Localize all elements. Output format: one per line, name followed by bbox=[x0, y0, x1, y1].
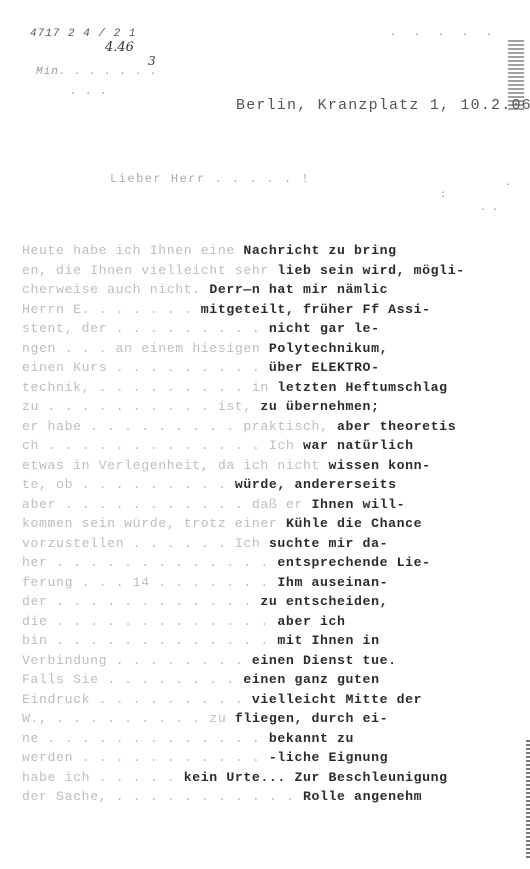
letter-line: Heute habe ich Ihnen eine Nachricht zu b… bbox=[22, 243, 522, 261]
letter-line: her . . . . . . . . . . . . . entspreche… bbox=[22, 555, 522, 573]
letter-line: zu . . . . . . . . . . ist, zu übernehme… bbox=[22, 399, 522, 417]
legible-text: einen ganz guten bbox=[243, 672, 379, 687]
legible-text: Ihm auseinan- bbox=[277, 575, 388, 590]
salutation: Lieber Herr . . . . . ! bbox=[110, 172, 310, 186]
legible-text: zu entscheiden, bbox=[260, 594, 388, 609]
letter-line: einen Kurs . . . . . . . . . über ELEKTR… bbox=[22, 360, 522, 378]
letter-line: en, die Ihnen vielleicht sehr lieb sein … bbox=[22, 263, 522, 281]
letter-line: die . . . . . . . . . . . . . aber ich bbox=[22, 614, 522, 632]
letter-line: ferung . . . 14 . . . . . . . Ihm ausein… bbox=[22, 575, 522, 593]
legible-text: Polytechnikum, bbox=[269, 341, 388, 356]
faded-text: aber . . . . . . . . . . . daß er bbox=[22, 497, 311, 512]
letter-line: stent, der . . . . . . . . . nicht gar l… bbox=[22, 321, 522, 339]
letter-line: der . . . . . . . . . . . . zu entscheid… bbox=[22, 594, 522, 612]
faded-text: te, ob . . . . . . . . . bbox=[22, 477, 235, 492]
legible-text: Derr—n hat mir nämlic bbox=[209, 282, 388, 297]
faded-text: ne . . . . . . . . . . . . . bbox=[22, 731, 269, 746]
handwritten-number: 4.46 bbox=[105, 40, 134, 55]
legible-text: wissen konn- bbox=[329, 458, 431, 473]
legible-text: Nachricht zu bring bbox=[243, 243, 396, 258]
legible-text: Rolle angenehm bbox=[303, 789, 422, 804]
dateline: Berlin, Kranzplatz 1, 10.2.06. bbox=[236, 97, 530, 114]
faded-text: kommen sein würde, trotz einer bbox=[22, 516, 286, 531]
faded-text: technik, . . . . . . . . . in bbox=[22, 380, 277, 395]
legible-text: Kühle die Chance bbox=[286, 516, 422, 531]
faded-text: Eindruck . . . . . . . . . bbox=[22, 692, 252, 707]
letter-line: bin . . . . . . . . . . . . . mit Ihnen … bbox=[22, 633, 522, 651]
faded-text: einen Kurs . . . . . . . . . bbox=[22, 360, 269, 375]
legible-text: einen Dienst tue. bbox=[252, 653, 397, 668]
legible-text: aber theoretis bbox=[337, 419, 456, 434]
faded-text: Verbindung . . . . . . . . bbox=[22, 653, 252, 668]
faded-text: cherweise auch nicht. bbox=[22, 282, 209, 297]
letter-line: te, ob . . . . . . . . . würde, anderers… bbox=[22, 477, 522, 495]
legible-text: letzten Heftumschlag bbox=[277, 380, 447, 395]
faded-text: der . . . . . . . . . . . . bbox=[22, 594, 260, 609]
faded-text: stent, der . . . . . . . . . bbox=[22, 321, 269, 336]
faded-text: her . . . . . . . . . . . . . bbox=[22, 555, 277, 570]
faded-text: W., . . . . . . . . . zu bbox=[22, 711, 235, 726]
legible-text: war natürlich bbox=[303, 438, 414, 453]
letter-line: er habe . . . . . . . . . praktisch, abe… bbox=[22, 419, 522, 437]
faded-text: werden . . . . . . . . . . . bbox=[22, 750, 269, 765]
faded-text: der Sache, . . . . . . . . . . . bbox=[22, 789, 303, 804]
letter-line: Herrn E. . . . . . . mitgeteilt, früher … bbox=[22, 302, 522, 320]
letter-line: technik, . . . . . . . . . in letzten He… bbox=[22, 380, 522, 398]
letter-page: 4717 2 4 / 2 1 4.46 3 Min. . . . . . . .… bbox=[0, 0, 530, 869]
legible-text: entsprechende Lie- bbox=[277, 555, 430, 570]
legible-text: Ihnen will- bbox=[311, 497, 405, 512]
legible-text: vielleicht Mitte der bbox=[252, 692, 422, 707]
faded-text: die . . . . . . . . . . . . . bbox=[22, 614, 277, 629]
legible-text: suchte mir da- bbox=[269, 536, 388, 551]
margin-mark: : bbox=[440, 190, 446, 201]
legible-text: lieb sein wird, mögli- bbox=[277, 263, 464, 278]
faded-text: etwas in Verlegenheit, da ich nicht bbox=[22, 458, 329, 473]
letter-line: W., . . . . . . . . . zu fliegen, durch … bbox=[22, 711, 522, 729]
legible-text: mitgeteilt, früher Ff Assi- bbox=[201, 302, 431, 317]
faded-text: en, die Ihnen vielleicht sehr bbox=[22, 263, 277, 278]
faded-text: ferung . . . 14 . . . . . . . bbox=[22, 575, 277, 590]
faded-text: ch . . . . . . . . . . . . . Ich bbox=[22, 438, 303, 453]
legible-text: nicht gar le- bbox=[269, 321, 380, 336]
letter-line: kommen sein würde, trotz einer Kühle die… bbox=[22, 516, 522, 534]
margin-mark: · bbox=[505, 180, 511, 191]
letter-line: vorzustellen . . . . . . Ich suchte mir … bbox=[22, 536, 522, 554]
letter-line: habe ich . . . . . kein Urte... Zur Besc… bbox=[22, 770, 522, 788]
letter-line: Eindruck . . . . . . . . . vielleicht Mi… bbox=[22, 692, 522, 710]
legible-text: bekannt zu bbox=[269, 731, 354, 746]
letter-line: Falls Sie . . . . . . . . einen ganz gut… bbox=[22, 672, 522, 690]
letter-line: werden . . . . . . . . . . . -liche Eign… bbox=[22, 750, 522, 768]
reference-stamp: 4717 2 4 / 2 1 bbox=[30, 28, 136, 40]
top-right-marks: · · · · · bbox=[390, 30, 494, 41]
legible-text: fliegen, durch ei- bbox=[235, 711, 388, 726]
faded-text: Herrn E. . . . . . . bbox=[22, 302, 201, 317]
legible-text: -liche Eignung bbox=[269, 750, 388, 765]
letter-line: aber . . . . . . . . . . . daß er Ihnen … bbox=[22, 497, 522, 515]
legible-text: zu übernehmen; bbox=[260, 399, 379, 414]
letter-line: ngen . . . an einem hiesigen Polytechnik… bbox=[22, 341, 522, 359]
legible-text: über ELEKTRO- bbox=[269, 360, 380, 375]
faded-text: ngen . . . an einem hiesigen bbox=[22, 341, 269, 356]
letter-line: Verbindung . . . . . . . . einen Dienst … bbox=[22, 653, 522, 671]
letter-line: ne . . . . . . . . . . . . . bekannt zu bbox=[22, 731, 522, 749]
letter-line: etwas in Verlegenheit, da ich nicht wiss… bbox=[22, 458, 522, 476]
faded-text: er habe . . . . . . . . . praktisch, bbox=[22, 419, 337, 434]
faded-text: zu . . . . . . . . . . ist, bbox=[22, 399, 260, 414]
faded-text: Heute habe ich Ihnen eine bbox=[22, 243, 243, 258]
legible-text: mit Ihnen in bbox=[277, 633, 379, 648]
faded-text: bin . . . . . . . . . . . . . bbox=[22, 633, 277, 648]
page-edge-mark bbox=[526, 740, 530, 860]
letter-line: ch . . . . . . . . . . . . . Ich war nat… bbox=[22, 438, 522, 456]
letter-line: cherweise auch nicht. Derr—n hat mir näm… bbox=[22, 282, 522, 300]
legible-text: würde, andererseits bbox=[235, 477, 397, 492]
margin-mark: · · bbox=[480, 205, 498, 216]
letter-line: der Sache, . . . . . . . . . . . Rolle a… bbox=[22, 789, 522, 807]
legible-text: kein Urte... Zur Beschleunigung bbox=[184, 770, 448, 785]
legible-text: aber ich bbox=[277, 614, 345, 629]
faded-text: vorzustellen . . . . . . Ich bbox=[22, 536, 269, 551]
faded-text: Falls Sie . . . . . . . . bbox=[22, 672, 243, 687]
stamp-line-3: . . . bbox=[70, 86, 108, 98]
faded-text: habe ich . . . . . bbox=[22, 770, 184, 785]
stamp-line-2: Min. . . . . . . bbox=[36, 66, 158, 78]
